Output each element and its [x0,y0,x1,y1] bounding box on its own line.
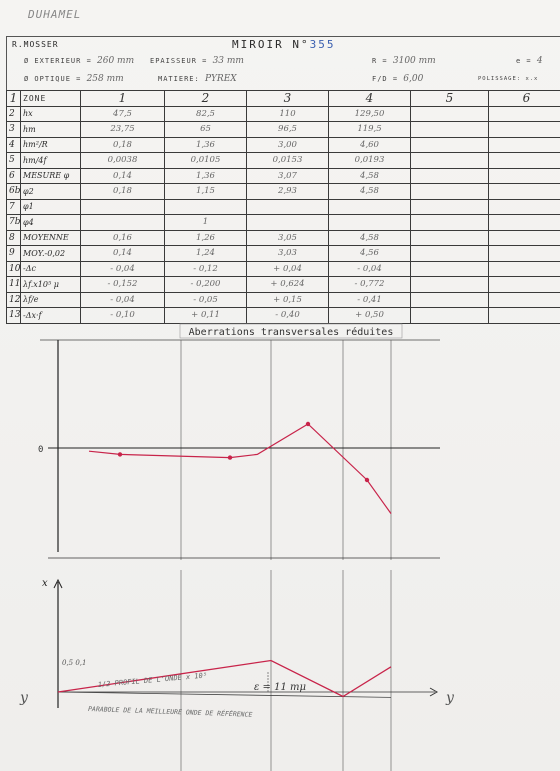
row-label: φ2 [21,184,81,200]
thickness: EPAISSEUR = 33 mm [150,56,244,66]
row-index: 10 [7,261,21,277]
reference-label: PARABOLE DE LA MEILLEURE ONDE DE RÉFÉREN… [88,704,253,719]
table-cell: 4,58 [329,184,411,200]
zone-header: ZONE [21,91,81,107]
table-cell: 3,07 [247,168,329,184]
row-index: 6 [7,168,21,184]
table-cell [411,230,489,246]
table-cell: + 0,04 [247,261,329,277]
wavefront-profile-chart: xyy0,5 0,11/2 PROFIL DE L'ONDE x 10⁵PARA… [19,570,455,771]
row-index: 4 [7,137,21,153]
table-cell: 0,0153 [247,153,329,169]
table-cell: 3,00 [247,137,329,153]
value: 33 mm [213,56,244,66]
label: Ø EXTERIEUR = [24,57,92,65]
mirror-number: 355 [310,38,336,51]
table-cell [489,230,560,246]
data-point [228,455,232,459]
label: e = [516,57,532,65]
table-cell [489,246,560,262]
table-cell: - 0,04 [81,292,165,308]
table-cell [489,184,560,200]
epsilon-label: ε = 11 mμ [254,682,306,693]
row-label: MOY.-0,02 [21,246,81,262]
table-cell [489,122,560,138]
row-index: 11 [7,277,21,293]
zone-column-header: 1 [81,91,165,107]
table-cell: - 0,772 [329,277,411,293]
data-point [365,478,369,482]
table-row: 7bφ41 [7,215,560,231]
row-label: λf.x10⁵ μ [21,277,81,293]
table-cell: 1 [165,215,247,231]
value: 260 mm [97,56,134,66]
label: POLISSAGE: [478,76,521,82]
table-row: 10-Δc- 0,04- 0,12+ 0,04- 0,04 [7,261,560,277]
zone-column-header: 5 [411,91,489,107]
table-cell: 1,24 [165,246,247,262]
value: 258 mm [87,74,124,84]
row-label: -Δc [21,261,81,277]
table-row: 8MOYENNE0,161,263,054,58 [7,230,560,246]
table-cell: 23,75 [81,122,165,138]
table-row: 6bφ20,181,152,934,58 [7,184,560,200]
scanned-page: DUHAMEL R.MOSSER MIROIR N°355 Ø EXTERIEU… [0,0,560,771]
left-axis-label: y [19,690,29,706]
row-index: 8 [7,230,21,246]
table-row: 2hx47,582,5110129,50 [7,106,560,122]
table-cell: 2,93 [247,184,329,200]
table-cell: 4,56 [329,246,411,262]
table-cell: - 0,04 [329,261,411,277]
table-cell: 0,14 [81,168,165,184]
table-cell: 96,5 [247,122,329,138]
table-cell: 0,18 [81,137,165,153]
row-label: φ1 [21,199,81,215]
table-cell: 3,05 [247,230,329,246]
table-cell: 0,14 [81,246,165,262]
chart-title: Aberrations transversales réduites [189,326,394,338]
table-cell: 1,15 [165,184,247,200]
table-cell [411,246,489,262]
radius: R = 3100 mm [372,56,436,66]
table-cell: 0,16 [81,230,165,246]
table-cell [411,153,489,169]
title-prefix: MIROIR N° [232,38,310,51]
row-label: hx [21,106,81,122]
table-cell: 1,36 [165,137,247,153]
polishing: POLISSAGE: x.x [478,76,538,82]
author: R.MOSSER [12,40,59,49]
table-cell: 4,60 [329,137,411,153]
table-cell [489,215,560,231]
page-title: MIROIR N°355 [232,38,335,51]
focal-ratio: F/D = 6,00 [372,74,423,84]
aberration-charts: Aberrations transversales réduites0 xyy0… [0,320,560,771]
table-cell: - 0,152 [81,277,165,293]
zone-column-header: 2 [165,91,247,107]
table-cell [411,137,489,153]
zone-column-header: 4 [329,91,411,107]
table-cell [489,137,560,153]
table-cell: 4,58 [329,230,411,246]
row-label: φ4 [21,215,81,231]
table-cell: - 0,05 [165,292,247,308]
table-cell [411,122,489,138]
table-cell: + 0,15 [247,292,329,308]
frame-line [6,36,560,37]
row-index: 2 [7,106,21,122]
table-cell [411,168,489,184]
outer-diameter: Ø EXTERIEUR = 260 mm [24,56,134,66]
row-label: hm/4f [21,153,81,169]
table-cell [329,199,411,215]
tick-label: 0,5 0,1 [62,659,87,667]
table-cell [411,215,489,231]
e-value: e = 4 [516,56,543,66]
table-cell: - 0,200 [165,277,247,293]
row-label: hm²/R [21,137,81,153]
table-cell [489,261,560,277]
row-index: 3 [7,122,21,138]
owner-name: DUHAMEL [28,8,81,21]
table-row: 11λf.x10⁵ μ- 0,152- 0,200+ 0,624- 0,772 [7,277,560,293]
table-cell: 0,0193 [329,153,411,169]
value: x.x [525,76,538,82]
table-cell [81,199,165,215]
table-cell [489,153,560,169]
y-axis-label: y [445,690,455,706]
value: 6,00 [403,74,423,84]
row-label: MOYENNE [21,230,81,246]
table-cell [411,277,489,293]
zero-label: 0 [38,445,43,455]
table-cell [489,168,560,184]
curve-label: 1/2 PROFIL DE L'ONDE x 10⁵ [97,671,207,689]
table-cell: 0,0105 [165,153,247,169]
label: Ø OPTIQUE = [24,75,81,83]
optical-diameter: Ø OPTIQUE = 258 mm [24,74,124,84]
table-cell: - 0,04 [81,261,165,277]
table-cell [489,199,560,215]
label: F/D = [372,75,398,83]
label: MATIERE: [158,75,200,83]
table-cell [489,277,560,293]
row-index: 7 [7,199,21,215]
table-cell: 82,5 [165,106,247,122]
table-cell: 0,18 [81,184,165,200]
row-label: MESURE φ [21,168,81,184]
value: PYREX [205,74,237,84]
table-cell [247,199,329,215]
table-cell: - 0,41 [329,292,411,308]
table-cell [165,199,247,215]
table-cell: 119,5 [329,122,411,138]
table-cell [81,215,165,231]
table-row: 3hm23,756596,5119,5 [7,122,560,138]
table-cell [411,261,489,277]
table-cell: 1,26 [165,230,247,246]
row-label: λf/e [21,292,81,308]
table-cell [411,106,489,122]
table-row: 5hm/4f0,00380,01050,01530,0193 [7,153,560,169]
table-row: 4hm²/R0,181,363,004,60 [7,137,560,153]
table-cell: 0,0038 [81,153,165,169]
table-cell: 65 [165,122,247,138]
x-axis-label: x [42,578,48,589]
row-label: hm [21,122,81,138]
table-cell [329,215,411,231]
table-cell: 129,50 [329,106,411,122]
table-cell: 3,03 [247,246,329,262]
frame-line [6,36,7,91]
table-row: 9MOY.-0,020,141,243,034,56 [7,246,560,262]
row-index: 1 [7,91,21,107]
table-cell [489,292,560,308]
material: MATIERE: PYREX [158,74,237,84]
table-cell: 1,36 [165,168,247,184]
table-header-row: 1ZONE123456 [7,91,560,107]
table-row: 12λf/e- 0,04- 0,05+ 0,15- 0,41 [7,292,560,308]
label: R = [372,57,388,65]
row-index: 5 [7,153,21,169]
row-index: 7b [7,215,21,231]
value: 3100 mm [393,56,436,66]
table-row: 7φ1 [7,199,560,215]
table-cell: 47,5 [81,106,165,122]
table-cell: 4,58 [329,168,411,184]
measurement-table: 1ZONE1234562hx47,582,5110129,503hm23,756… [6,90,560,324]
table-cell [411,199,489,215]
row-index: 12 [7,292,21,308]
table-row: 6MESURE φ0,141,363,074,58 [7,168,560,184]
table-cell [411,184,489,200]
row-index: 9 [7,246,21,262]
label: EPAISSEUR = [150,57,207,65]
table-cell: 110 [247,106,329,122]
aberration-line [89,424,391,514]
data-point [118,452,122,456]
table-cell: + 0,624 [247,277,329,293]
wavefront-profile-line [58,661,391,697]
value: 4 [537,56,543,66]
aberration-chart: Aberrations transversales réduites0 [38,324,440,560]
table-cell: - 0,12 [165,261,247,277]
row-index: 6b [7,184,21,200]
table-cell [411,292,489,308]
zone-column-header: 6 [489,91,560,107]
table-cell [247,215,329,231]
reference-parabola [58,692,391,697]
table-cell [489,106,560,122]
data-point [306,422,310,426]
zone-column-header: 3 [247,91,329,107]
